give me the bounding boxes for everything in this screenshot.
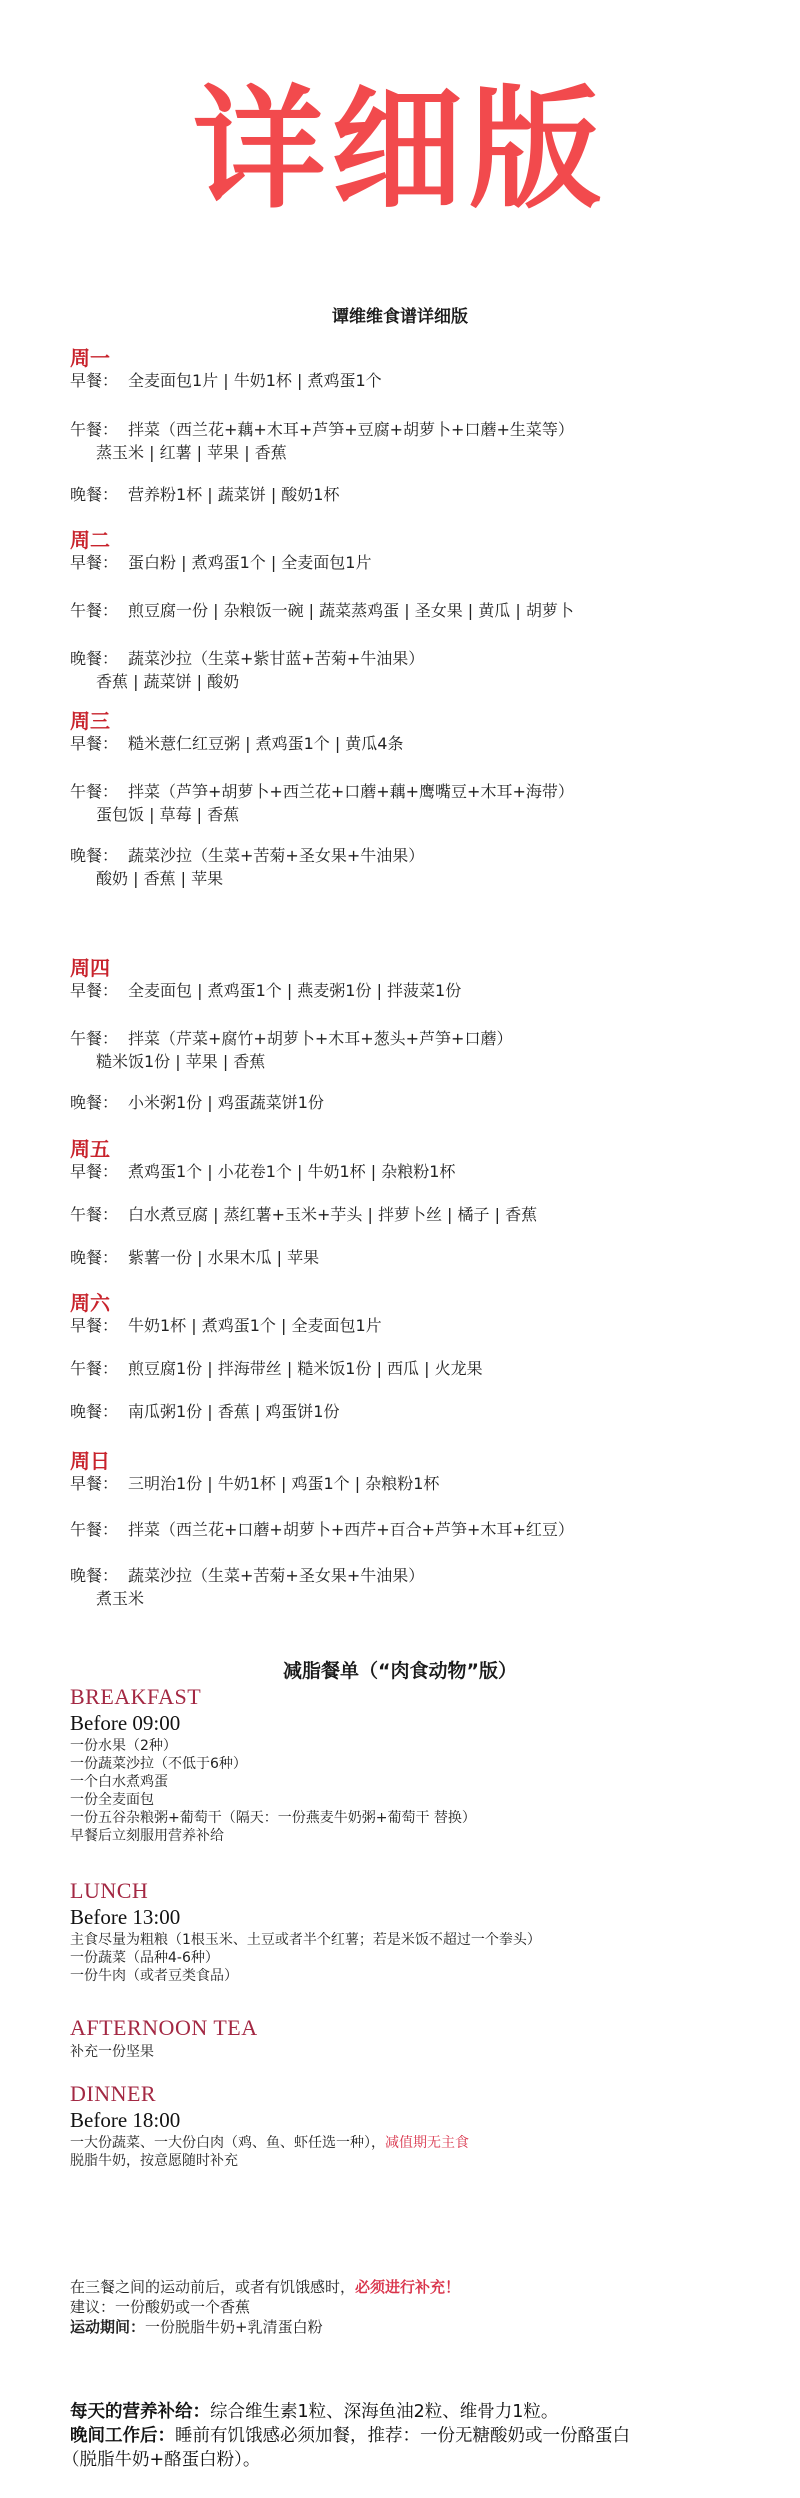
dinner-line: 晚餐：紫薯一份 | 水果木瓜 | 苹果 (70, 1247, 319, 1269)
meal-items: 蔬菜沙拉（生菜+紫甘蓝+苦菊+牛油果） (128, 649, 424, 668)
meal-items: 糙米薏仁红豆粥 | 煮鸡蛋1个 | 黄瓜4条 (128, 734, 404, 753)
day-heading: 周三 (70, 709, 110, 733)
daily-line: 晚间工作后：睡前有饥饿感必须加餐，推荐：一份无糖酸奶或一份酪蛋白 (70, 2424, 630, 2448)
list-item: 一份蔬菜（品种4-6种） (70, 1949, 219, 1967)
dinner-line-cont: 香蕉 | 蔬菜饼 | 酸奶 (96, 671, 239, 693)
list-item: 一大份蔬菜、一大份白肉（鸡、鱼、虾任选一种），减值期无主食 (70, 2134, 469, 2152)
meal-label: 午餐： (70, 1358, 128, 1380)
banner-title: 详细版 (0, 60, 800, 240)
daily-text: 综合维生素1粒、深海鱼油2粒、维骨力1粒。 (210, 2402, 558, 2422)
meal-items: 拌菜（芹菜+腐竹+胡萝卜+木耳+葱头+芦笋+口蘑） (128, 1029, 512, 1048)
breakfast-line: 早餐：蛋白粉 | 煮鸡蛋1个 | 全麦面包1片 (70, 552, 372, 574)
meal-items: 蔬菜沙拉（生菜+苦菊+圣女果+牛油果） (128, 1566, 424, 1585)
meal-label: 午餐： (70, 1028, 128, 1050)
dinner-line: 晚餐：蔬菜沙拉（生菜+苦菊+圣女果+牛油果） (70, 845, 424, 867)
meal-items: 小米粥1份 | 鸡蛋蔬菜饼1份 (128, 1093, 324, 1112)
meal-label: 晚餐： (70, 1401, 128, 1423)
highlight-text: 减值期无主食 (385, 2135, 469, 2151)
meal-label: 午餐： (70, 600, 128, 622)
lunch-line-cont: 蛋包饭 | 草莓 | 香蕉 (96, 804, 239, 826)
day-heading: 周五 (70, 1137, 110, 1161)
dinner-line: 晚餐：蔬菜沙拉（生菜+苦菊+圣女果+牛油果） (70, 1565, 424, 1587)
list-item: 一份五谷杂粮粥+葡萄干（隔天：一份燕麦牛奶粥+葡萄干 替换） (70, 1809, 476, 1827)
meal-time: Before 13:00 (70, 1905, 180, 1929)
breakfast-line: 早餐：三明治1份 | 牛奶1杯 | 鸡蛋1个 | 杂粮粉1杯 (70, 1473, 439, 1495)
lunch-line: 午餐：拌菜（西兰花+口蘑+胡萝卜+西芹+百合+芦笋+木耳+红豆） (70, 1519, 574, 1541)
day-heading: 周二 (70, 528, 110, 552)
list-item: 主食尽量为粗粮（1根玉米、土豆或者半个红薯；若是米饭不超过一个拳头） (70, 1931, 541, 1949)
meal-label: 早餐： (70, 1473, 128, 1495)
meal-label: 晚餐： (70, 1247, 128, 1269)
tip-line: 运动期间：一份脱脂牛奶+乳清蛋白粉 (70, 2317, 323, 2337)
dinner-line: 晚餐：蔬菜沙拉（生菜+紫甘蓝+苦菊+牛油果） (70, 648, 424, 670)
tip-label: 运动期间： (70, 2318, 145, 2336)
meal-items: 白水煮豆腐 | 蒸红薯+玉米+芋头 | 拌萝卜丝 | 橘子 | 香蕉 (128, 1205, 537, 1224)
day-heading: 周日 (70, 1449, 110, 1473)
breakfast-line: 早餐：煮鸡蛋1个 | 小花卷1个 | 牛奶1杯 | 杂粮粉1杯 (70, 1161, 455, 1183)
plan-title: 谭维维食谱详细版 (0, 302, 800, 327)
meal-items: 牛奶1杯 | 煮鸡蛋1个 | 全麦面包1片 (128, 1316, 382, 1335)
dinner-line: 晚餐：营养粉1杯 | 蔬菜饼 | 酸奶1杯 (70, 484, 340, 506)
meal-label: 早餐： (70, 370, 128, 392)
meal-time: Before 09:00 (70, 1711, 180, 1735)
tip-line: 在三餐之间的运动前后，或者有饥饿感时，必须进行补充！ (70, 2277, 460, 2297)
list-item: 脱脂牛奶，按意愿随时补充 (70, 2152, 238, 2170)
meal-heading: LUNCH (70, 1878, 148, 1904)
day-heading: 周一 (70, 346, 110, 370)
list-item: 一份全麦面包 (70, 1791, 154, 1809)
dinner-line: 晚餐：小米粥1份 | 鸡蛋蔬菜饼1份 (70, 1092, 324, 1114)
meal-label: 晚餐： (70, 1092, 128, 1114)
meal-items: 拌菜（芦笋+胡萝卜+西兰花+口蘑+藕+鹰嘴豆+木耳+海带） (128, 782, 574, 801)
lunch-line: 午餐：拌菜（芦笋+胡萝卜+西兰花+口蘑+藕+鹰嘴豆+木耳+海带） (70, 781, 574, 803)
breakfast-line: 早餐：全麦面包1片 | 牛奶1杯 | 煮鸡蛋1个 (70, 370, 382, 392)
meal-items: 紫薯一份 | 水果木瓜 | 苹果 (128, 1248, 319, 1267)
daily-line: （脱脂牛奶+酪蛋白粉）。 (62, 2448, 260, 2472)
meal-items: 蔬菜沙拉（生菜+苦菊+圣女果+牛油果） (128, 846, 424, 865)
list-item: 一份蔬菜沙拉（不低于6种） (70, 1755, 247, 1773)
tip-line: 建议：一份酸奶或一个香蕉 (70, 2297, 250, 2317)
dinner-text: 一大份蔬菜、一大份白肉（鸡、鱼、虾任选一种）， (70, 2135, 385, 2151)
meal-label: 早餐： (70, 1315, 128, 1337)
tip-text: 在三餐之间的运动前后，或者有饥饿感时， (70, 2278, 355, 2296)
dinner-line-cont: 酸奶 | 香蕉 | 苹果 (96, 868, 223, 890)
meal-label: 晚餐： (70, 648, 128, 670)
meal-label: 早餐： (70, 1161, 128, 1183)
meal-items: 蛋白粉 | 煮鸡蛋1个 | 全麦面包1片 (128, 553, 372, 572)
daily-label: 每天的营养补给： (70, 2402, 210, 2422)
daily-text: 睡前有饥饿感必须加餐，推荐：一份无糖酸奶或一份酪蛋白 (175, 2426, 630, 2446)
meal-label: 早餐： (70, 552, 128, 574)
lunch-line-cont: 蒸玉米 | 红薯 | 苹果 | 香蕉 (96, 442, 287, 464)
meal-items: 南瓜粥1份 | 香蕉 | 鸡蛋饼1份 (128, 1402, 340, 1421)
day-heading: 周六 (70, 1291, 110, 1315)
breakfast-line: 早餐：牛奶1杯 | 煮鸡蛋1个 | 全麦面包1片 (70, 1315, 382, 1337)
meal-label: 午餐： (70, 419, 128, 441)
meal-heading: DINNER (70, 2081, 156, 2107)
meal-label: 早餐： (70, 980, 128, 1002)
meal-heading: BREAKFAST (70, 1684, 201, 1710)
lunch-line: 午餐：拌菜（西兰花+藕+木耳+芦笋+豆腐+胡萝卜+口蘑+生菜等） (70, 419, 574, 441)
dinner-line-cont: 煮玉米 (96, 1588, 144, 1610)
list-item: 补充一份坚果 (70, 2043, 154, 2061)
meal-items: 煎豆腐1份 | 拌海带丝 | 糙米饭1份 | 西瓜 | 火龙果 (128, 1359, 483, 1378)
meal-items: 全麦面包 | 煮鸡蛋1个 | 燕麦粥1份 | 拌菠菜1份 (128, 981, 461, 1000)
daily-line: 每天的营养补给：综合维生素1粒、深海鱼油2粒、维骨力1粒。 (70, 2400, 558, 2424)
meal-items: 煮鸡蛋1个 | 小花卷1个 | 牛奶1杯 | 杂粮粉1杯 (128, 1162, 455, 1181)
tip-text: 一份脱脂牛奶+乳清蛋白粉 (145, 2318, 323, 2336)
list-item: 一份水果（2种） (70, 1737, 177, 1755)
lunch-line-cont: 糙米饭1份 | 苹果 | 香蕉 (96, 1051, 265, 1073)
day-heading: 周四 (70, 956, 110, 980)
list-item: 一个白水煮鸡蛋 (70, 1773, 168, 1791)
lunch-line: 午餐：白水煮豆腐 | 蒸红薯+玉米+芋头 | 拌萝卜丝 | 橘子 | 香蕉 (70, 1204, 537, 1226)
fat-loss-title: 减脂餐单（“肉食动物”版） (0, 1656, 800, 1683)
meal-label: 午餐： (70, 1204, 128, 1226)
highlight-text: 必须进行补充！ (355, 2278, 460, 2296)
meal-heading: AFTERNOON TEA (70, 2015, 258, 2041)
meal-items: 煎豆腐一份 | 杂粮饭一碗 | 蔬菜蒸鸡蛋 | 圣女果 | 黄瓜 | 胡萝卜 (128, 601, 574, 620)
meal-label: 晚餐： (70, 845, 128, 867)
meal-items: 全麦面包1片 | 牛奶1杯 | 煮鸡蛋1个 (128, 371, 382, 390)
list-item: 早餐后立刻服用营养补给 (70, 1827, 224, 1845)
breakfast-line: 早餐：全麦面包 | 煮鸡蛋1个 | 燕麦粥1份 | 拌菠菜1份 (70, 980, 461, 1002)
meal-items: 三明治1份 | 牛奶1杯 | 鸡蛋1个 | 杂粮粉1杯 (128, 1474, 439, 1493)
meal-items: 拌菜（西兰花+口蘑+胡萝卜+西芹+百合+芦笋+木耳+红豆） (128, 1520, 574, 1539)
list-item: 一份牛肉（或者豆类食品） (70, 1967, 238, 1985)
meal-label: 晚餐： (70, 1565, 128, 1587)
daily-label: 晚间工作后： (70, 2426, 175, 2446)
meal-items: 营养粉1杯 | 蔬菜饼 | 酸奶1杯 (128, 485, 340, 504)
meal-label: 午餐： (70, 781, 128, 803)
lunch-line: 午餐：煎豆腐一份 | 杂粮饭一碗 | 蔬菜蒸鸡蛋 | 圣女果 | 黄瓜 | 胡萝… (70, 600, 574, 622)
meal-label: 晚餐： (70, 484, 128, 506)
meal-time: Before 18:00 (70, 2108, 180, 2132)
meal-label: 午餐： (70, 1519, 128, 1541)
meal-items: 拌菜（西兰花+藕+木耳+芦笋+豆腐+胡萝卜+口蘑+生菜等） (128, 420, 574, 439)
lunch-line: 午餐：拌菜（芹菜+腐竹+胡萝卜+木耳+葱头+芦笋+口蘑） (70, 1028, 512, 1050)
dinner-line: 晚餐：南瓜粥1份 | 香蕉 | 鸡蛋饼1份 (70, 1401, 340, 1423)
lunch-line: 午餐：煎豆腐1份 | 拌海带丝 | 糙米饭1份 | 西瓜 | 火龙果 (70, 1358, 483, 1380)
breakfast-line: 早餐：糙米薏仁红豆粥 | 煮鸡蛋1个 | 黄瓜4条 (70, 733, 404, 755)
meal-label: 早餐： (70, 733, 128, 755)
